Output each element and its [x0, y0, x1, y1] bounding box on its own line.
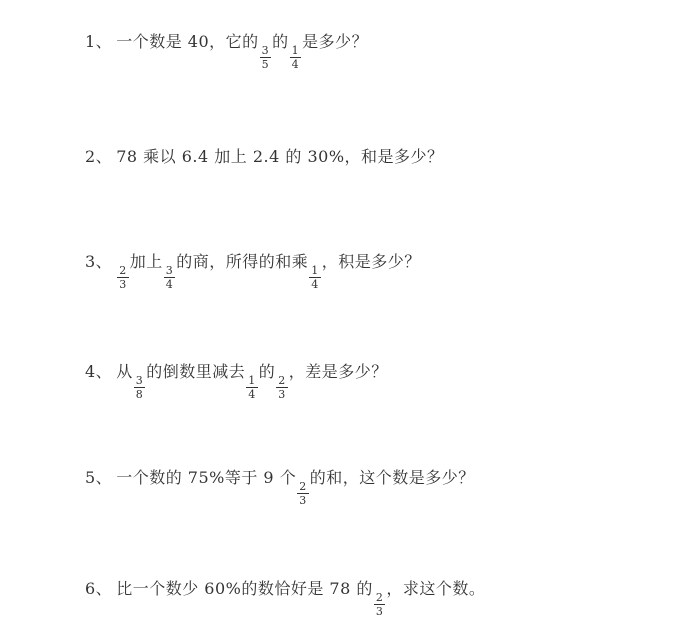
fraction: 23 [297, 481, 309, 506]
fraction-denominator: 3 [119, 278, 127, 290]
fraction-numerator: 2 [117, 265, 129, 278]
problem-line: 3、23加上34的商，所得的和乘14，积是多少？ [85, 247, 666, 290]
fraction-denominator: 4 [248, 388, 256, 400]
problem-text: 从 [116, 362, 133, 381]
fraction: 23 [276, 375, 288, 400]
worksheet-page: 1、一个数是 40，它的35的14是多少？2、78 乘以 6.4 加上 2.4 … [0, 0, 686, 643]
problem-line: 4、从38的倒数里减去14的23，差是多少？ [85, 357, 666, 400]
fraction-denominator: 4 [166, 278, 174, 290]
problem-line: 6、比一个数少 60%的数恰好是 78 的23，求这个数。 [85, 574, 666, 617]
problem-line: 1、一个数是 40，它的35的14是多少？ [85, 27, 666, 70]
problem-text: 一个数是 40，它的 [116, 32, 258, 51]
problem-text: ，求这个数。 [386, 579, 485, 598]
fraction-numerator: 2 [374, 592, 386, 605]
fraction-numerator: 3 [134, 375, 146, 388]
fraction: 14 [246, 375, 258, 400]
fraction-denominator: 4 [311, 278, 319, 290]
problem-text: 78 乘以 6.4 加上 2.4 的 30%，和是多少？ [116, 147, 443, 166]
fraction: 23 [374, 592, 386, 617]
problem-text: 比一个数少 60%的数恰好是 78 的 [116, 579, 373, 598]
fraction-denominator: 3 [299, 494, 307, 506]
fraction-denominator: 3 [376, 605, 384, 617]
problem-number: 2、 [85, 147, 112, 166]
problem-text: 一个数的 75%等于 9 个 [116, 468, 296, 487]
fraction-denominator: 4 [292, 58, 300, 70]
problem-text: ，差是多少？ [289, 362, 388, 381]
problem-text: 的倒数里减去 [146, 362, 245, 381]
problem-text: ，积是多少？ [322, 252, 421, 271]
fraction: 38 [134, 375, 146, 400]
fraction-numerator: 2 [297, 481, 309, 494]
fraction-numerator: 1 [290, 45, 302, 58]
problem-text: 的和，这个数是多少？ [310, 468, 475, 487]
fraction: 34 [164, 265, 176, 290]
problem-number: 6、 [85, 579, 112, 598]
problem-line: 5、一个数的 75%等于 9 个23的和，这个数是多少？ [85, 463, 666, 506]
problem-number: 3、 [85, 252, 112, 271]
fraction: 14 [290, 45, 302, 70]
problem-text: 的商，所得的和乘 [176, 252, 308, 271]
problem-line: 2、78 乘以 6.4 加上 2.4 的 30%，和是多少？ [85, 142, 666, 172]
problem-number: 4、 [85, 362, 112, 381]
fraction: 14 [309, 265, 321, 290]
fraction-denominator: 3 [278, 388, 286, 400]
problem-text: 加上 [130, 252, 163, 271]
fraction-numerator: 1 [309, 265, 321, 278]
fraction-denominator: 8 [136, 388, 144, 400]
problem-text: 是多少？ [302, 32, 368, 51]
problem-number: 1、 [85, 32, 112, 51]
fraction-numerator: 3 [164, 265, 176, 278]
fraction-numerator: 2 [276, 375, 288, 388]
problem-number: 5、 [85, 468, 112, 487]
fraction: 35 [260, 45, 272, 70]
fraction-denominator: 5 [262, 58, 270, 70]
fraction: 23 [117, 265, 129, 290]
fraction-numerator: 3 [260, 45, 272, 58]
fraction-numerator: 1 [246, 375, 258, 388]
problem-text: 的 [259, 362, 276, 381]
problem-text: 的 [272, 32, 289, 51]
